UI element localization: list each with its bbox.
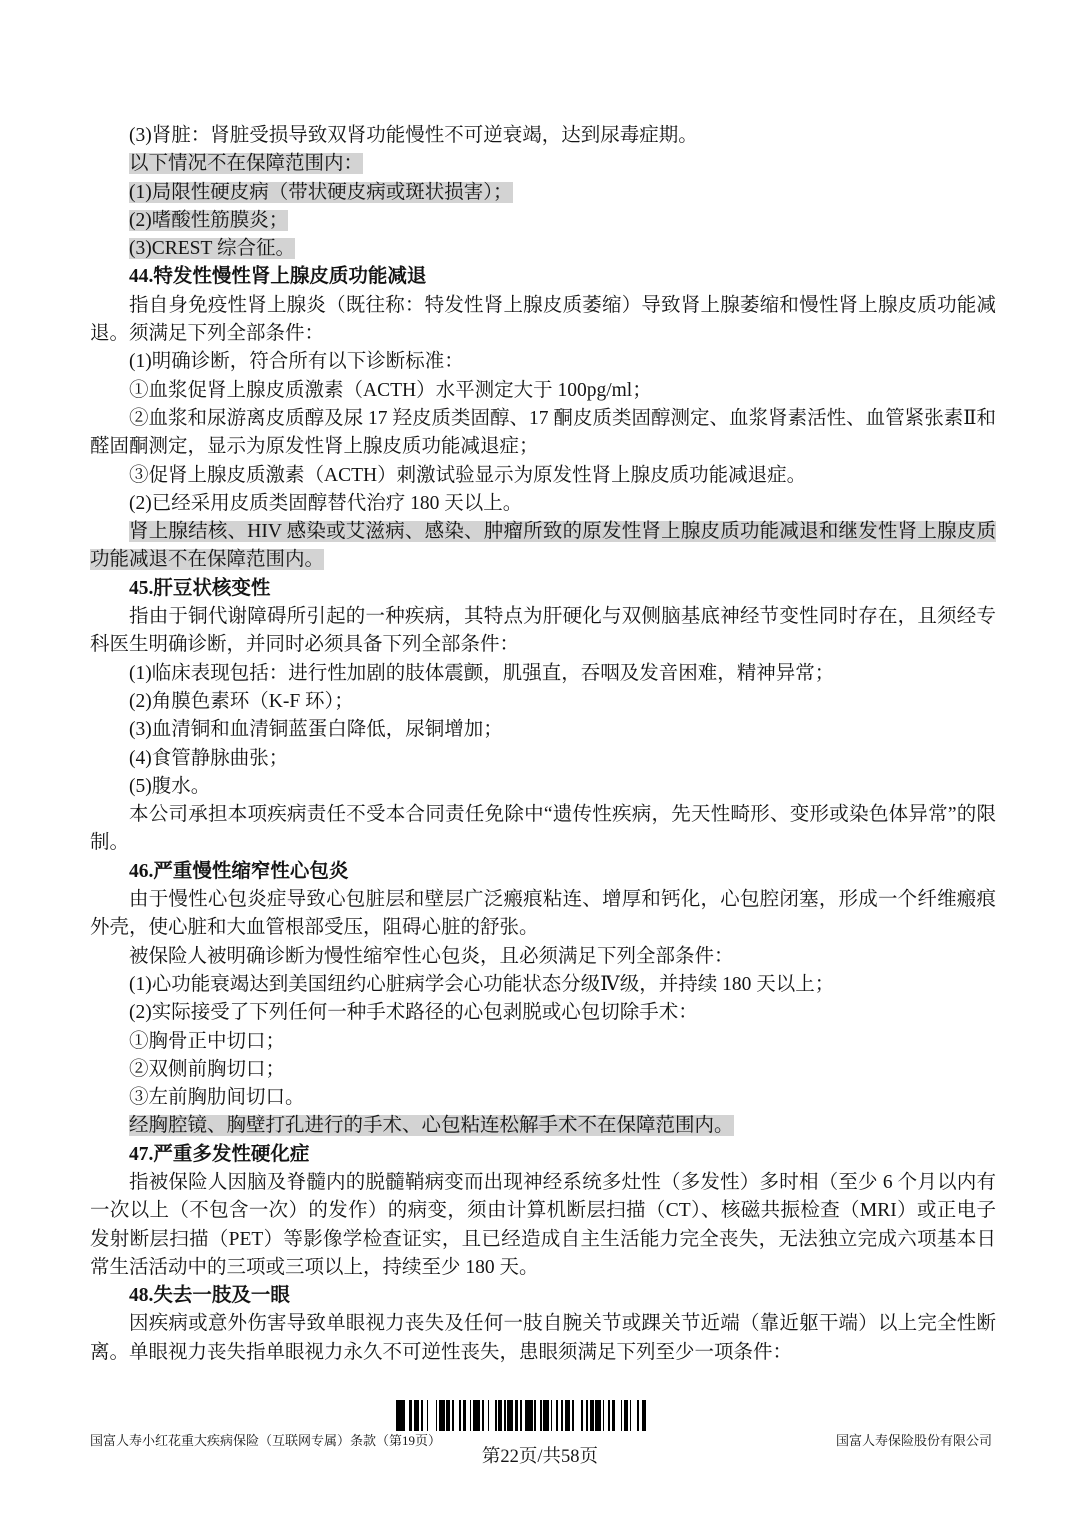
- clause-paragraph: ①血浆促肾上腺皮质激素（ACTH）水平测定大于 100pg/ml；: [90, 377, 996, 405]
- policy-terms-page-body: (3)肾脏：肾脏受损导致双肾功能慢性不可逆衰竭，达到尿毒症期。以下情况不在保障范…: [90, 122, 996, 1367]
- disease-section-heading: 44.特发性慢性肾上腺皮质功能减退: [90, 263, 996, 291]
- clause-paragraph: (2)已经采用皮质类固醇替代治疗 180 天以上。: [90, 490, 996, 518]
- exclusion-clause-highlighted: (1)局限性硬皮病（带状硬皮病或斑状损害）；: [90, 179, 996, 207]
- clause-paragraph: ③促肾上腺皮质激素（ACTH）刺激试验显示为原发性肾上腺皮质功能减退症。: [90, 462, 996, 490]
- clause-paragraph: ①胸骨正中切口；: [90, 1028, 996, 1056]
- clause-paragraph: ③左前胸肋间切口。: [90, 1084, 996, 1112]
- clause-paragraph: (1)明确诊断，符合所有以下诊断标准：: [90, 348, 996, 376]
- clause-paragraph: 指自身免疫性肾上腺炎（既往称：特发性肾上腺皮质萎缩）导致肾上腺萎缩和慢性肾上腺皮…: [90, 292, 996, 349]
- exclusion-clause-highlighted: 肾上腺结核、HIV 感染或艾滋病、感染、肿瘤所致的原发性肾上腺皮质功能减退和继发…: [90, 518, 996, 575]
- clause-paragraph: 指由于铜代谢障碍所引起的一种疾病，其特点为肝硬化与双侧脑基底神经节变性同时存在，…: [90, 603, 996, 660]
- barcode-icon: [396, 1400, 704, 1431]
- page-number: 第22页/共58页: [0, 1442, 1080, 1468]
- clause-paragraph: 指被保险人因脑及脊髓内的脱髓鞘病变而出现神经系统多灶性（多发性）多时相（至少 6…: [90, 1169, 996, 1282]
- clause-paragraph: 因疾病或意外伤害导致单眼视力丧失及任何一肢自腕关节或踝关节近端（靠近躯干端）以上…: [90, 1310, 996, 1367]
- clause-paragraph: (5)腹水。: [90, 773, 996, 801]
- highlight-text: (2)嗜酸性筋膜炎；: [129, 210, 288, 231]
- disease-section-heading: 47.严重多发性硬化症: [90, 1141, 996, 1169]
- clause-paragraph: 由于慢性心包炎症导致心包脏层和壁层广泛瘢痕粘连、增厚和钙化，心包腔闭塞，形成一个…: [90, 886, 996, 943]
- highlight-text: (1)局限性硬皮病（带状硬皮病或斑状损害）；: [129, 182, 513, 203]
- clause-paragraph: 本公司承担本项疾病责任不受本合同责任免除中“遗传性疾病，先天性畸形、变形或染色体…: [90, 801, 996, 858]
- highlight-text: 经胸腔镜、胸壁打孔进行的手术、心包粘连松解手术不在保障范围内。: [129, 1115, 734, 1136]
- clause-paragraph: 被保险人被明确诊断为慢性缩窄性心包炎，且必须满足下列全部条件：: [90, 943, 996, 971]
- disease-section-heading: 45.肝豆状核变性: [90, 575, 996, 603]
- clause-paragraph: (2)实际接受了下列任何一种手术路径的心包剥脱或心包切除手术：: [90, 999, 996, 1027]
- clause-paragraph: (1)心功能衰竭达到美国纽约心脏病学会心功能状态分级Ⅳ级，并持续 180 天以上…: [90, 971, 996, 999]
- clause-paragraph: (4)食管静脉曲张；: [90, 745, 996, 773]
- highlight-text: 以下情况不在保障范围内：: [129, 153, 363, 174]
- clause-paragraph: (3)血清铜和血清铜蓝蛋白降低，尿铜增加；: [90, 716, 996, 744]
- clause-paragraph: ②血浆和尿游离皮质醇及尿 17 羟皮质类固醇、17 酮皮质类固醇测定、血浆肾素活…: [90, 405, 996, 462]
- disease-section-heading: 48.失去一肢及一眼: [90, 1282, 996, 1310]
- highlight-text: 肾上腺结核、HIV 感染或艾滋病、感染、肿瘤所致的原发性肾上腺皮质功能减退和继发…: [90, 521, 996, 570]
- exclusion-clause-highlighted: 经胸腔镜、胸壁打孔进行的手术、心包粘连松解手术不在保障范围内。: [90, 1112, 996, 1140]
- clause-paragraph: (3)肾脏：肾脏受损导致双肾功能慢性不可逆衰竭，达到尿毒症期。: [90, 122, 996, 150]
- clause-paragraph: (1)临床表现包括：进行性加剧的肢体震颤，肌强直，吞咽及发音困难，精神异常；: [90, 660, 996, 688]
- disease-section-heading: 46.严重慢性缩窄性心包炎: [90, 858, 996, 886]
- exclusion-clause-highlighted: (2)嗜酸性筋膜炎；: [90, 207, 996, 235]
- exclusion-clause-highlighted: (3)CREST 综合征。: [90, 235, 996, 263]
- clause-paragraph: (2)角膜色素环（K-F 环）；: [90, 688, 996, 716]
- clause-paragraph: ②双侧前胸切口；: [90, 1056, 996, 1084]
- highlight-text: (3)CREST 综合征。: [129, 238, 295, 259]
- exclusion-clause-highlighted: 以下情况不在保障范围内：: [90, 150, 996, 178]
